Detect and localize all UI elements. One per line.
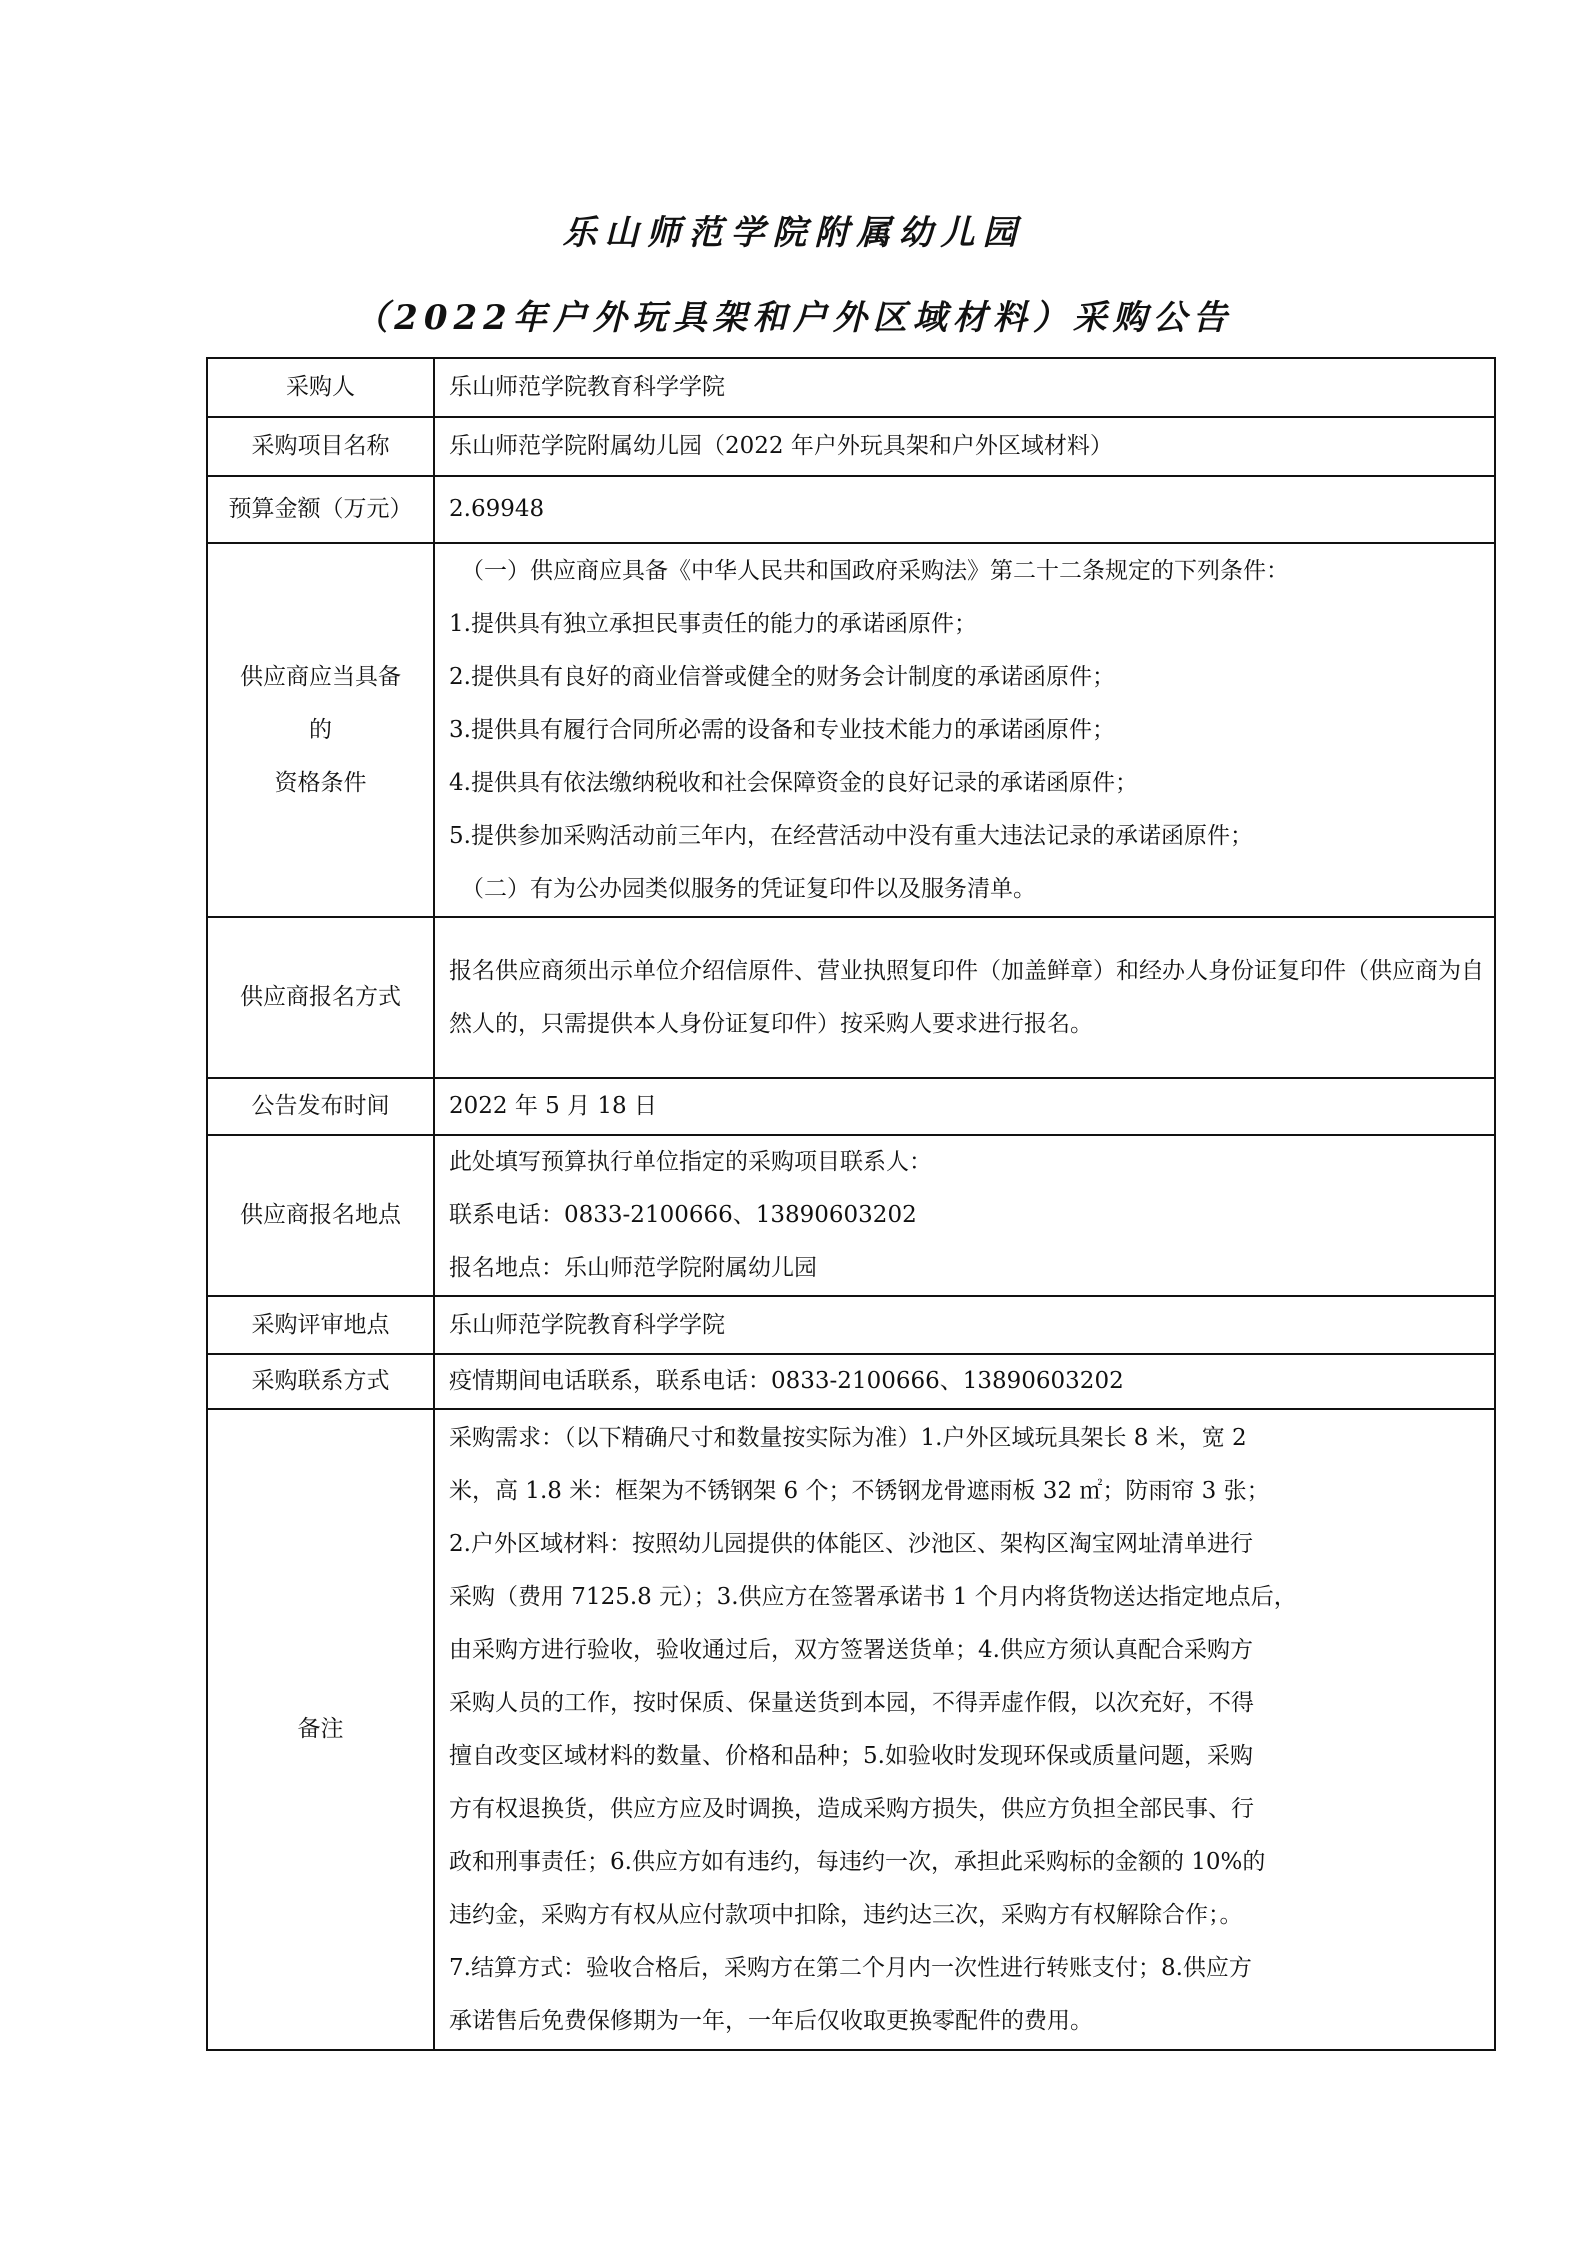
qualification-line: 5.提供参加采购活动前三年内，在经营活动中没有重大违法记录的承诺函原件； <box>449 810 1486 863</box>
remark-line: 采购人员的工作，按时保质、保量送货到本园，不得弄虚作假，以次充好，不得 <box>449 1677 1486 1730</box>
label-contact-method: 采购联系方式 <box>207 1354 434 1409</box>
label-purchaser: 采购人 <box>207 358 434 417</box>
remark-line: 由采购方进行验收，验收通过后，双方签署送货单；4.供应方须认真配合采购方 <box>449 1624 1486 1677</box>
value-registration-location: 此处填写预算执行单位指定的采购项目联系人： 联系电话：0833-2100666、… <box>434 1135 1495 1296</box>
label-budget: 预算金额（万元） <box>207 476 434 543</box>
row-budget: 预算金额（万元） 2.69948 <box>207 476 1495 543</box>
remark-line: 违约金，采购方有权从应付款项中扣除，违约达三次，采购方有权解除合作；。 <box>449 1889 1486 1942</box>
label-line: 供应商应当具备 <box>212 651 429 704</box>
location-line: 报名地点：乐山师范学院附属幼儿园 <box>449 1242 1486 1295</box>
remark-line: 承诺售后免费保修期为一年，一年后仅收取更换零配件的费用。 <box>449 1995 1486 2048</box>
remark-line: 采购（费用 7125.8 元）；3.供应方在签署承诺书 1 个月内将货物送达指定… <box>449 1571 1486 1624</box>
document-subtitle: （2022年户外玩具架和户外区域材料）采购公告 <box>0 290 1587 339</box>
value-publish-date: 2022 年 5 月 18 日 <box>434 1078 1495 1135</box>
remark-line: 方有权退换货，供应方应及时调换，造成采购方损失，供应方负担全部民事、行 <box>449 1783 1486 1836</box>
value-budget: 2.69948 <box>434 476 1495 543</box>
value-registration-method: 报名供应商须出示单位介绍信原件、营业执照复印件（加盖鲜章）和经办人身份证复印件（… <box>434 917 1495 1078</box>
row-registration-location: 供应商报名地点 此处填写预算执行单位指定的采购项目联系人： 联系电话：0833-… <box>207 1135 1495 1296</box>
value-purchaser: 乐山师范学院教育科学学院 <box>434 358 1495 417</box>
row-publish-date: 公告发布时间 2022 年 5 月 18 日 <box>207 1078 1495 1135</box>
row-purchaser: 采购人 乐山师范学院教育科学学院 <box>207 358 1495 417</box>
value-remarks: 采购需求：（以下精确尺寸和数量按实际为准）1.户外区域玩具架长 8 米，宽 2 … <box>434 1409 1495 2050</box>
qualification-line: （二）有为公办园类似服务的凭证复印件以及服务清单。 <box>449 863 1486 916</box>
row-qualifications: 供应商应当具备 的 资格条件 （一）供应商应具备《中华人民共和国政府采购法》第二… <box>207 543 1495 917</box>
qualification-line: 1.提供具有独立承担民事责任的能力的承诺函原件； <box>449 598 1486 651</box>
qualification-line: 2.提供具有良好的商业信誉或健全的财务会计制度的承诺函原件； <box>449 651 1486 704</box>
label-line: 资格条件 <box>212 757 429 810</box>
label-remarks: 备注 <box>207 1409 434 2050</box>
label-project-name: 采购项目名称 <box>207 417 434 476</box>
row-registration-method: 供应商报名方式 报名供应商须出示单位介绍信原件、营业执照复印件（加盖鲜章）和经办… <box>207 917 1495 1078</box>
label-registration-location: 供应商报名地点 <box>207 1135 434 1296</box>
location-line: 联系电话：0833-2100666、13890603202 <box>449 1189 1486 1242</box>
remark-line: 擅自改变区域材料的数量、价格和品种；5.如验收时发现环保或质量问题，采购 <box>449 1730 1486 1783</box>
value-qualifications: （一）供应商应具备《中华人民共和国政府采购法》第二十二条规定的下列条件： 1.提… <box>434 543 1495 917</box>
row-project-name: 采购项目名称 乐山师范学院附属幼儿园（2022 年户外玩具架和户外区域材料） <box>207 417 1495 476</box>
row-contact-method: 采购联系方式 疫情期间电话联系，联系电话：0833-2100666、138906… <box>207 1354 1495 1409</box>
label-review-location: 采购评审地点 <box>207 1296 434 1354</box>
remark-line: 采购需求：（以下精确尺寸和数量按实际为准）1.户外区域玩具架长 8 米，宽 2 <box>449 1412 1486 1465</box>
row-review-location: 采购评审地点 乐山师范学院教育科学学院 <box>207 1296 1495 1354</box>
location-line: 此处填写预算执行单位指定的采购项目联系人： <box>449 1136 1486 1189</box>
label-publish-date: 公告发布时间 <box>207 1078 434 1135</box>
procurement-table: 采购人 乐山师范学院教育科学学院 采购项目名称 乐山师范学院附属幼儿园（2022… <box>206 357 1496 2051</box>
remark-line: 2.户外区域材料：按照幼儿园提供的体能区、沙池区、架构区淘宝网址清单进行 <box>449 1518 1486 1571</box>
value-project-name: 乐山师范学院附属幼儿园（2022 年户外玩具架和户外区域材料） <box>434 417 1495 476</box>
remark-line: 政和刑事责任；6.供应方如有违约，每违约一次，承担此采购标的金额的 10%的 <box>449 1836 1486 1889</box>
remark-line: 米，高 1.8 米：框架为不锈钢架 6 个；不锈钢龙骨遮雨板 32 ㎡；防雨帘 … <box>449 1465 1486 1518</box>
qualification-line: （一）供应商应具备《中华人民共和国政府采购法》第二十二条规定的下列条件： <box>449 545 1486 598</box>
document-title: 乐山师范学院附属幼儿园 <box>0 205 1587 254</box>
value-contact-method: 疫情期间电话联系，联系电话：0833-2100666、13890603202 <box>434 1354 1495 1409</box>
label-registration-method: 供应商报名方式 <box>207 917 434 1078</box>
remark-line: 7.结算方式：验收合格后，采购方在第二个月内一次性进行转账支付；8.供应方 <box>449 1942 1486 1995</box>
row-remarks: 备注 采购需求：（以下精确尺寸和数量按实际为准）1.户外区域玩具架长 8 米，宽… <box>207 1409 1495 2050</box>
value-review-location: 乐山师范学院教育科学学院 <box>434 1296 1495 1354</box>
qualification-line: 4.提供具有依法缴纳税收和社会保障资金的良好记录的承诺函原件； <box>449 757 1486 810</box>
label-qualifications: 供应商应当具备 的 资格条件 <box>207 543 434 917</box>
qualification-line: 3.提供具有履行合同所必需的设备和专业技术能力的承诺函原件； <box>449 704 1486 757</box>
label-line: 的 <box>212 704 429 757</box>
